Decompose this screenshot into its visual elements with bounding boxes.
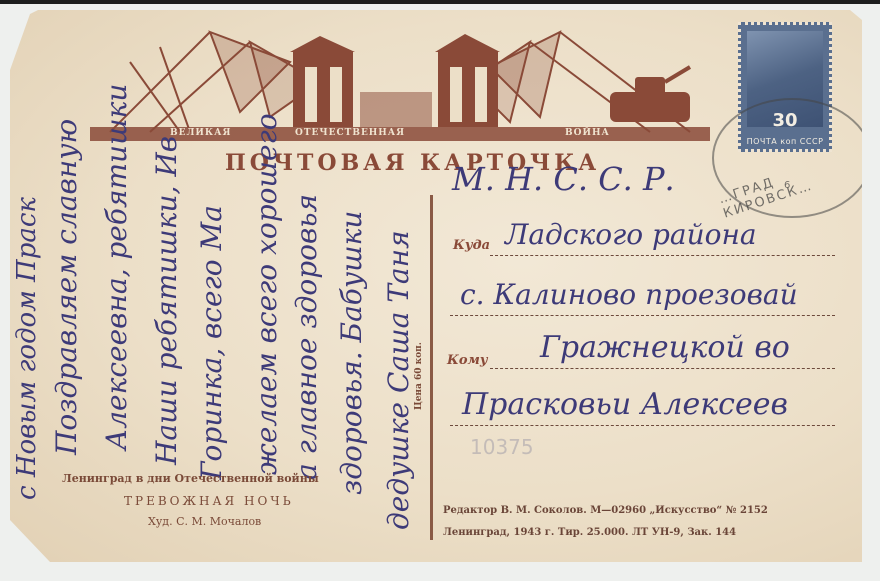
- message-line-8: здоровья. Бабушки: [335, 211, 368, 495]
- price-note: Цена 60 коп.: [414, 342, 424, 410]
- faded-registration-number: 10375: [470, 435, 534, 459]
- imprint-line-1: Редактор В. М. Соколов. М—02960 „Искусст…: [443, 505, 768, 516]
- message-line-3: Алексеевна, ребятишки: [100, 84, 133, 450]
- address-whom-line-2: Прасковьи Алексеев: [462, 387, 788, 422]
- card-divider: [430, 195, 433, 540]
- caption-title: ТРЕВОЖНАЯ НОЧЬ: [124, 494, 294, 508]
- message-line-6: желаем всего хорошего: [250, 113, 283, 475]
- message-line-7: а главное здоровья: [290, 194, 323, 480]
- message-line-4: Наши ребятишки, Ив: [150, 136, 183, 465]
- address-to-line-1: М. Н. С. С. Р.: [452, 160, 675, 198]
- message-line-2: Поздравляем славную: [50, 119, 83, 455]
- postcard: ВЕЛИКАЯ ОТЕЧЕСТВЕННАЯ ВОЙНА ПОЧТОВАЯ КАР…: [10, 10, 862, 562]
- banner-label-voyna: ВОЙНА: [565, 128, 610, 138]
- banner-label-otechestvennaya: ОТЕЧЕСТВЕННАЯ: [295, 128, 405, 138]
- caption-artist: Худ. С. М. Мочалов: [148, 515, 261, 528]
- message-line-1: с Новым годом Праск: [12, 197, 42, 500]
- address-to-underline-1: [490, 255, 835, 256]
- address-to-line-3: с. Калиново проезовай: [460, 278, 798, 311]
- address-whom-underline-2: [450, 425, 835, 426]
- address-whom-line-1: Гражнецкой во: [540, 330, 790, 365]
- caption-series: Ленинград в дни Отечественной войны: [62, 472, 319, 485]
- postmark-day: 6: [784, 180, 790, 191]
- message-line-5: Горинка, всего Ма: [195, 205, 228, 480]
- address-to-label: Куда: [453, 238, 490, 253]
- address-to-line-2: Ладского района: [505, 218, 757, 251]
- scan-top-edge: [0, 0, 880, 4]
- address-whom-underline-1: [490, 368, 835, 369]
- imprint-line-2: Ленинград, 1943 г. Тир. 25.000. ЛТ УН-9,…: [443, 527, 736, 538]
- address-whom-label: Кому: [447, 353, 488, 368]
- banner-illustration: ВЕЛИКАЯ ОТЕЧЕСТВЕННАЯ ВОЙНА: [90, 22, 710, 147]
- address-to-underline-2: [450, 315, 835, 316]
- message-line-9: дедушке Саша Таня: [382, 230, 415, 530]
